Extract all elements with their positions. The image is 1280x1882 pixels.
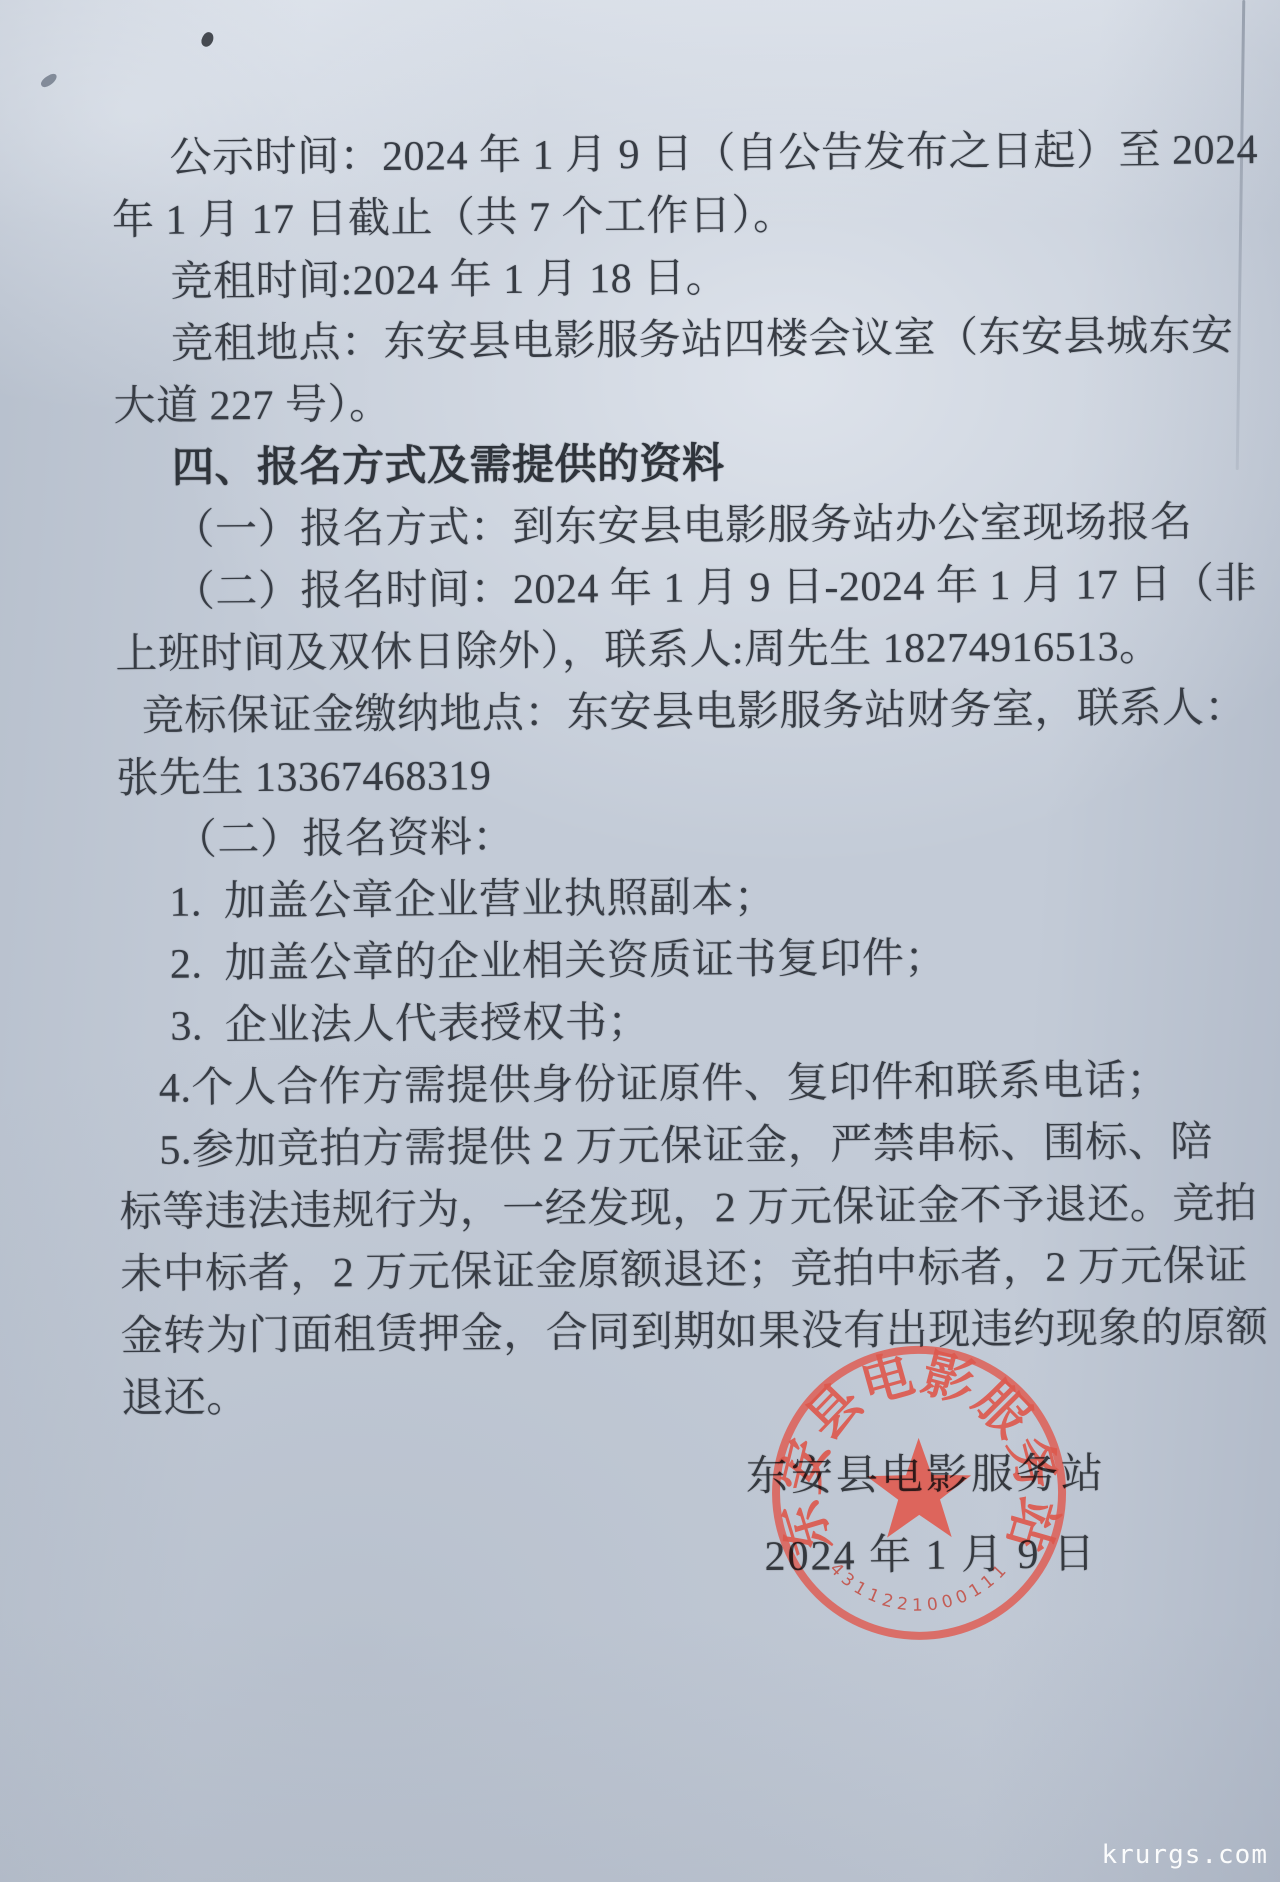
- doc-line: （二）报名时间：2024 年 1 月 9 日-2024 年 1 月 17 日（非: [115, 554, 1190, 624]
- doc-line: 标等违法违规行为，一经发现，2 万元保证金不予退还。竞拍: [120, 1174, 1195, 1244]
- doc-line: 公示时间：2024 年 1 月 9 日（自公告发布之日起）至 2024: [111, 120, 1186, 190]
- list-item: 5.参加竞拍方需提供 2 万元保证金，严禁串标、围标、陪: [119, 1112, 1194, 1182]
- seal-serial: 4311221000111: [825, 1558, 1014, 1617]
- list-item: 2. 加盖公章的企业相关资质证书复印件；: [118, 926, 1193, 996]
- list-item: 3. 企业法人代表授权书；: [118, 988, 1193, 1058]
- list-item: 1. 加盖公章企业营业执照副本；: [117, 864, 1192, 934]
- doc-line: （二）报名资料：: [117, 802, 1192, 872]
- doc-line: 竞标保证金缴纳地点：东安县电影服务站财务室，联系人：: [116, 678, 1191, 748]
- official-seal: 东安县电影服务站 4311221000111: [687, 1261, 1151, 1725]
- section-heading: 四、报名方式及需提供的资料: [114, 430, 1189, 500]
- doc-line: 大道 227 号）。: [113, 368, 1188, 438]
- doc-line: 年 1 月 17 日截止（共 7 个工作日）。: [112, 182, 1187, 252]
- svg-text:4311221000111: 4311221000111: [825, 1558, 1014, 1617]
- doc-line: 竞租时间:2024 年 1 月 18 日。: [112, 244, 1187, 314]
- doc-line: 竞租地点：东安县电影服务站四楼会议室（东安县城东安: [113, 306, 1188, 376]
- watermark: krurgs.com: [1101, 1840, 1268, 1870]
- list-item: 4.个人合作方需提供身份证原件、复印件和联系电话；: [119, 1050, 1194, 1120]
- document-photo: { "page": { "lines": [ "公示时间：2024 年 1 月 …: [0, 0, 1280, 1882]
- notice-body: 公示时间：2024 年 1 月 9 日（自公告发布之日起）至 2024 年 1 …: [111, 120, 1196, 1430]
- doc-line: 上班时间及双休日除外），联系人:周先生 18274916513。: [115, 616, 1190, 686]
- seal-star-icon: [866, 1437, 971, 1537]
- doc-line: （一）报名方式：到东安县电影服务站办公室现场报名: [114, 492, 1189, 562]
- doc-line: 张先生 13367468319: [116, 740, 1191, 810]
- paper-sheet: 公示时间：2024 年 1 月 9 日（自公告发布之日起）至 2024 年 1 …: [0, 0, 1280, 1882]
